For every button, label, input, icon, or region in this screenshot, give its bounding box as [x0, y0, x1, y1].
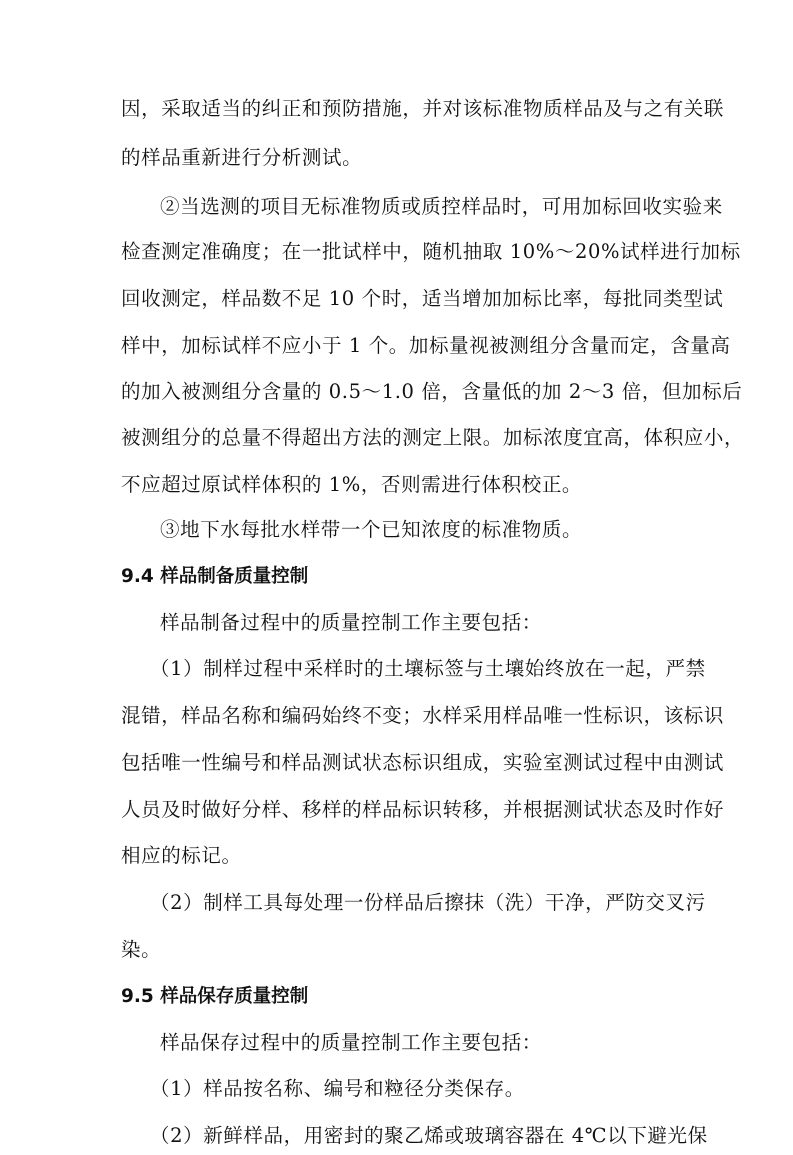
page-number: 75	[0, 1080, 793, 1095]
list-item-line: （2）制样工具每处理一份样品后擦抹（洗）干净，严防交叉污	[150, 891, 683, 915]
paragraph-line: 检查测定准确度；在一批试样中，随机抽取 10%～20%试样进行加标	[121, 240, 683, 264]
paragraph-line: 被测组分的总量不得超出方法的测定上限。加标浓度宜高，体积应小，	[121, 426, 683, 450]
section-heading-9-5: 9.5 样品保存质量控制	[121, 985, 683, 1009]
list-item-line: （2）新鲜样品，用密封的聚乙烯或玻璃容器在 4℃以下避光保	[150, 1124, 683, 1148]
paragraph-line: 混错，样品名称和编码始终不变；水样采用样品唯一性标识，该标识	[121, 704, 683, 728]
paragraph-line: 人员及时做好分样、移样的样品标识转移，并根据测试状态及时作好	[121, 798, 683, 822]
paragraph-line: 相应的标记。	[121, 844, 683, 868]
paragraph-line: 染。	[121, 938, 683, 962]
paragraph-line: ③地下水每批水样带一个已知浓度的标准物质。	[160, 518, 683, 542]
paragraph-line: 样品制备过程中的质量控制工作主要包括：	[160, 611, 683, 635]
document-page: 因，采取适当的纠正和预防措施，并对该标准物质样品及与之有关联 的样品重新进行分析…	[0, 0, 793, 1155]
paragraph-line: ②当选测的项目无标准物质或质控样品时，可用加标回收实验来	[160, 195, 683, 219]
paragraph-line: 回收测定，样品数不足 10 个时，适当增加加标比率，每批同类型试	[121, 287, 683, 311]
paragraph-line: 样品保存过程中的质量控制工作主要包括：	[160, 1031, 683, 1055]
paragraph-line: 包括唯一性编号和样品测试状态标识组成，实验室测试过程中由测试	[121, 751, 683, 775]
section-heading-9-4: 9.4 样品制备质量控制	[121, 565, 683, 589]
paragraph-line: 的样品重新进行分析测试。	[121, 146, 683, 170]
paragraph-line: 样中，加标试样不应小于 1 个。加标量视被测组分含量而定，含量高	[121, 334, 683, 358]
paragraph-line: 的加入被测组分含量的 0.5～1.0 倍，含量低的加 2～3 倍，但加标后	[121, 380, 683, 404]
paragraph-line: 不应超过原试样体积的 1%，否则需进行体积校正。	[121, 473, 683, 497]
paragraph-line: 因，采取适当的纠正和预防措施，并对该标准物质样品及与之有关联	[121, 97, 683, 121]
list-item-line: （1）制样过程中采样时的土壤标签与土壤始终放在一起，严禁	[150, 657, 683, 681]
